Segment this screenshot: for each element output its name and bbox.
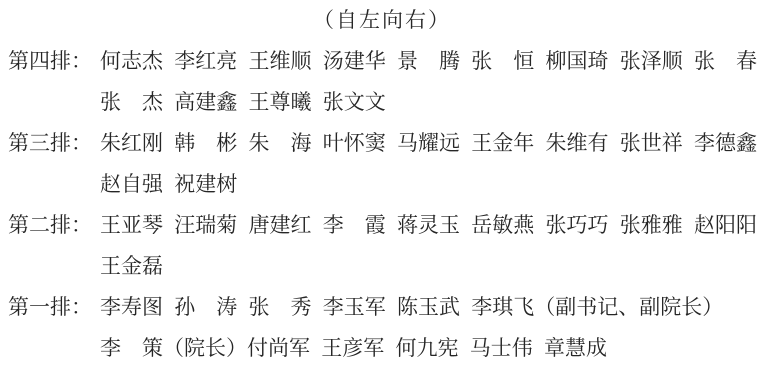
row-two-line-2: 王金磊	[0, 246, 764, 287]
row-two-label: 第二排：	[8, 205, 100, 246]
row-four-line-2: 张 杰 高建鑫 王尊曦 张文文	[0, 82, 764, 123]
row-four-line-1: 第四排： 何志杰 李红亮 王维顺 汤建华 景 腾 张 恒 柳国琦 张泽顺 张 春	[0, 41, 764, 82]
row-one-names-continued: 李 策（院长）付尚军 王彦军 何九宪 马士伟 章慧成	[100, 328, 607, 369]
row-two-names: 王亚琴 汪瑞菊 唐建红 李 霞 蒋灵玉 岳敏燕 张巧巧 张雅雅 赵阳阳	[100, 205, 757, 246]
row-one-label: 第一排：	[8, 287, 100, 328]
row-three-line-2: 赵自强 祝建树	[0, 164, 764, 205]
row-three-line-1: 第三排： 朱红刚 韩 彬 朱 海 叶怀窦 马耀远 王金年 朱维有 张世祥 李德鑫	[0, 123, 764, 164]
document-page: （自左向右） 第四排： 何志杰 李红亮 王维顺 汤建华 景 腾 张 恒 柳国琦 …	[0, 0, 764, 370]
direction-note: （自左向右）	[0, 0, 764, 41]
row-three-names-continued: 赵自强 祝建树	[100, 164, 237, 205]
row-one-names: 李寿图 孙 涛 张 秀 李玉军 陈玉武 李琪飞（副书记、副院长）	[100, 287, 723, 328]
row-two-names-continued: 王金磊	[100, 246, 163, 287]
row-four-names: 何志杰 李红亮 王维顺 汤建华 景 腾 张 恒 柳国琦 张泽顺 张 春	[100, 41, 757, 82]
row-three-label: 第三排：	[8, 123, 100, 164]
row-one-line-2: 李 策（院长）付尚军 王彦军 何九宪 马士伟 章慧成	[0, 328, 764, 369]
row-two-line-1: 第二排： 王亚琴 汪瑞菊 唐建红 李 霞 蒋灵玉 岳敏燕 张巧巧 张雅雅 赵阳阳	[0, 205, 764, 246]
row-four-names-continued: 张 杰 高建鑫 王尊曦 张文文	[100, 82, 386, 123]
row-three-names: 朱红刚 韩 彬 朱 海 叶怀窦 马耀远 王金年 朱维有 张世祥 李德鑫	[100, 123, 757, 164]
row-four-label: 第四排：	[8, 41, 100, 82]
row-one-line-1: 第一排： 李寿图 孙 涛 张 秀 李玉军 陈玉武 李琪飞（副书记、副院长）	[0, 287, 764, 328]
